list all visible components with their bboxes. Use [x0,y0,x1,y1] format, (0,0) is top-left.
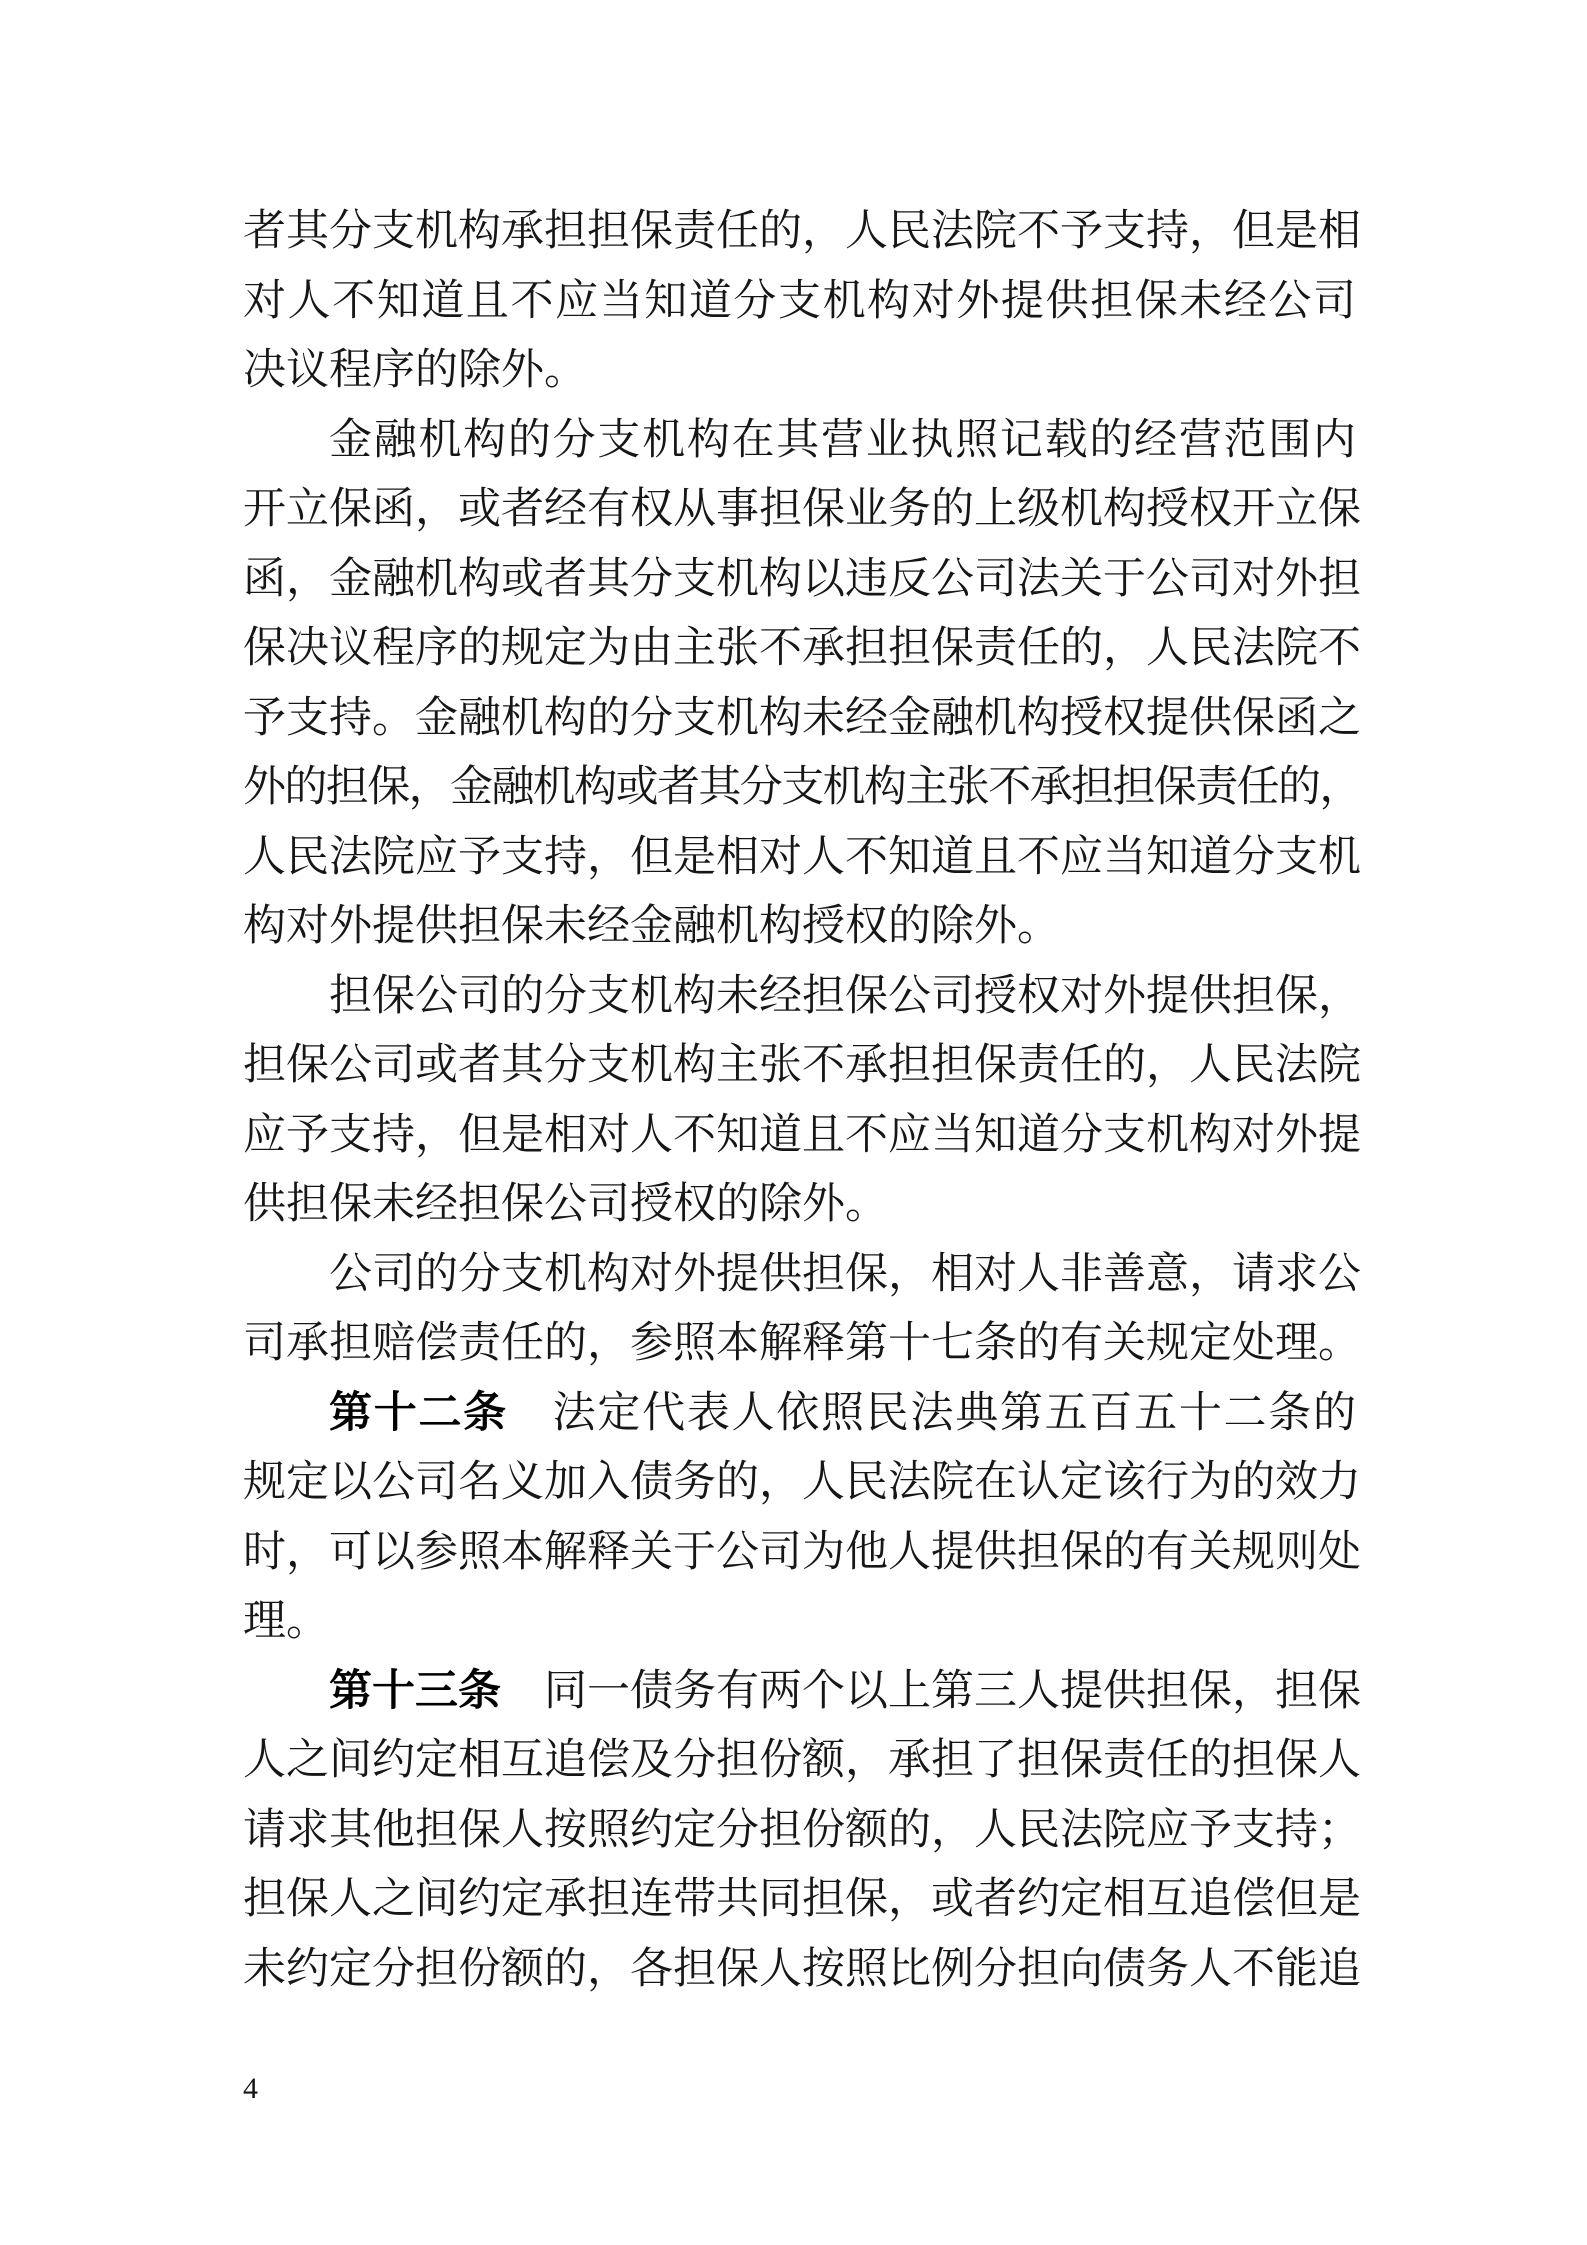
text-line: 规定以公司名义加入债务的，人民法院在认定该行为的效力 [243,1448,1356,1518]
text-line: 司承担赔偿责任的，参照本解释第十七条的有关规定处理。 [243,1309,1356,1379]
article-number: 第十三条 [329,1667,501,1715]
text-line: 外的担保，金融机构或者其分支机构主张不承担担保责任的， [243,753,1356,823]
page-number: 4 [243,2072,258,2106]
text-line: 应予支持，但是相对人不知道且不应当知道分支机构对外提 [243,1101,1356,1171]
text-line: 者其分支机构承担担保责任的，人民法院不予支持，但是相 [243,197,1356,267]
text-line: 人民法院应予支持，但是相对人不知道且不应当知道分支机 [243,823,1356,893]
text-line: 时，可以参照本解释关于公司为他人提供担保的有关规则处 [243,1518,1356,1588]
text-line: 开立保函，或者经有权从事担保业务的上级机构授权开立保 [243,475,1356,545]
text-line: 供担保未经担保公司授权的除外。 [243,1170,1356,1240]
text-line: 担保公司或者其分支机构主张不承担担保责任的，人民法院 [243,1031,1356,1101]
text-line: 未约定分担份额的，各担保人按照比例分担向债务人不能追 [243,1935,1356,2005]
text-line: 请求其他担保人按照约定分担份额的，人民法院应予支持； [243,1796,1356,1866]
text-line: 第十三条 同一债务有两个以上第三人提供担保，担保 [243,1657,1356,1727]
article-number: 第十二条 [329,1389,508,1437]
text-line: 决议程序的除外。 [243,336,1356,406]
text-line: 人之间约定相互追偿及分担份额，承担了担保责任的担保人 [243,1726,1356,1796]
text-line: 担保人之间约定承担连带共同担保，或者约定相互追偿但是 [243,1865,1356,1935]
text-line: 公司的分支机构对外提供担保，相对人非善意，请求公 [243,1240,1356,1310]
text-line: 予支持。金融机构的分支机构未经金融机构授权提供保函之 [243,684,1356,754]
text-line: 理。 [243,1587,1356,1657]
text-line: 对人不知道且不应当知道分支机构对外提供担保未经公司 [243,267,1356,337]
text-line: 保决议程序的规定为由主张不承担担保责任的，人民法院不 [243,614,1356,684]
text-block: 者其分支机构承担担保责任的，人民法院不予支持，但是相对人不知道且不应当知道分支机… [243,197,1356,2004]
document-page: 者其分支机构承担担保责任的，人民法院不予支持，但是相对人不知道且不应当知道分支机… [0,0,1587,2245]
text-line: 金融机构的分支机构在其营业执照记载的经营范围内 [243,406,1356,476]
text-line: 函，金融机构或者其分支机构以违反公司法关于公司对外担 [243,545,1356,615]
text-line: 构对外提供担保未经金融机构授权的除外。 [243,892,1356,962]
text-line: 第十二条 法定代表人依照民法典第五百五十二条的 [243,1379,1356,1449]
text-line: 担保公司的分支机构未经担保公司授权对外提供担保， [243,962,1356,1032]
